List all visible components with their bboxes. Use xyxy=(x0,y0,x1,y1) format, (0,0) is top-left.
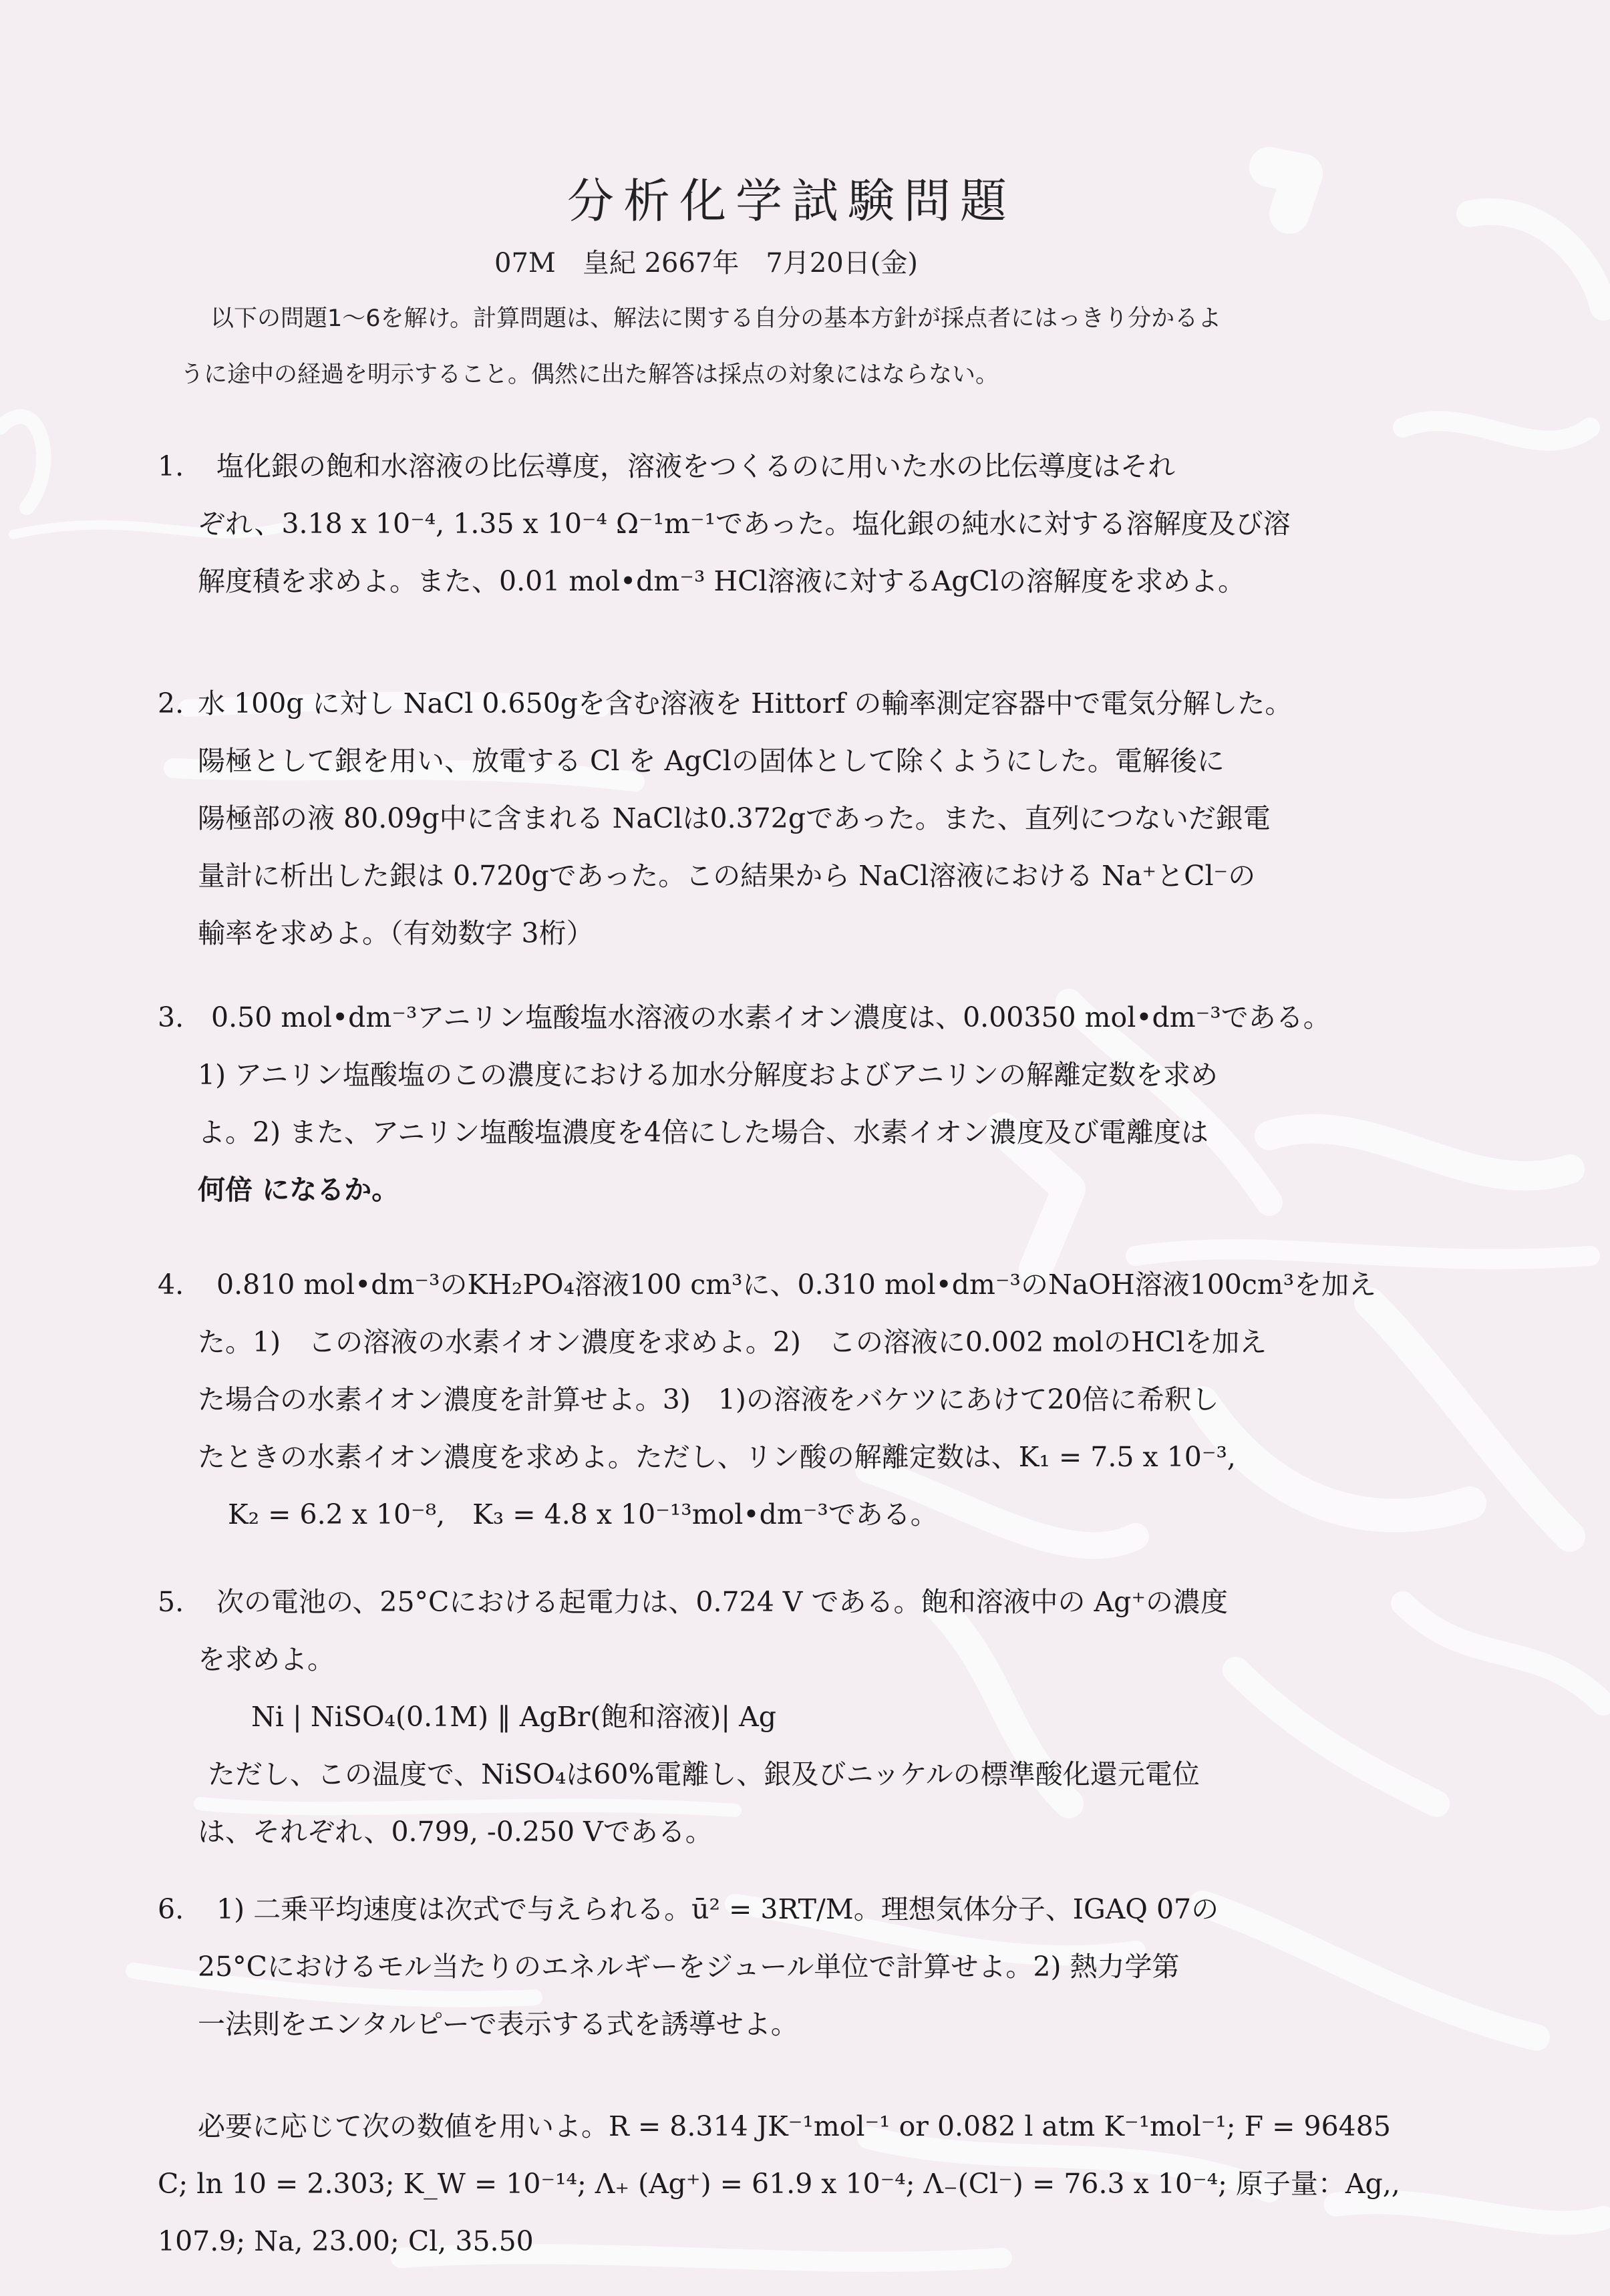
exam-page: 分析化学試験問題 07M 皇紀 2667年 7月20日(金) 以下の問題1～6を… xyxy=(0,0,1610,2296)
question-line: 一法則をエンタルピーで表示する式を誘導せよ。 xyxy=(158,1995,1454,2053)
question-line: を求めよ。 xyxy=(158,1631,1454,1688)
question-line: 0.810 mol•dm⁻³のKH₂PO₄溶液100 cm³に、0.310 mo… xyxy=(158,1256,1454,1313)
question-line: 次の電池の、25°Cにおける起電力は、0.724 V である。飽和溶液中の Ag… xyxy=(158,1573,1454,1631)
question-line: た場合の水素イオン濃度を計算せよ。3) 1)の溶液をバケツにあけて20倍に希釈し xyxy=(158,1371,1454,1428)
question-line: 輸率を求めよ。（有効数字 3桁） xyxy=(158,905,1454,962)
question-line: 陽極として銀を用い、放電する Cl を AgClの固体として除くようにした。電解… xyxy=(158,732,1454,790)
question-number: 3. xyxy=(158,989,184,1046)
question-line: 解度積を求めよ。また、0.01 mol•dm⁻³ HCl溶液に対するAgClの溶… xyxy=(158,552,1454,610)
question-1: 1. 塩化銀の飽和水溶液の比伝導度，溶液をつくるのに用いた水の比伝導度はそれ ぞ… xyxy=(158,438,1454,610)
question-6: 6. 1) 二乗平均速度は次式で与えられる。ū² = 3RT/M。理想気体分子、… xyxy=(158,1880,1454,2053)
question-line: 水 100g に対し NaCl 0.650gを含む溶液を Hittorf の輸率… xyxy=(158,675,1454,732)
question-number: 1. xyxy=(158,438,184,495)
constants-block: 必要に応じて次の数値を用いよ。R = 8.314 JK⁻¹mol⁻¹ or 0.… xyxy=(158,2098,1467,2270)
page-title: 分析化学試験問題 xyxy=(0,164,1610,231)
question-line: K₂ = 6.2 x 10⁻⁸, K₃ = 4.8 x 10⁻¹³mol•dm⁻… xyxy=(158,1486,1454,1543)
constants-line: 必要に応じて次の数値を用いよ。R = 8.314 JK⁻¹mol⁻¹ or 0.… xyxy=(158,2098,1467,2155)
question-number: 2. xyxy=(158,675,184,732)
question-line: ただし、この温度で、NiSO₄は60%電離し、銀及びニッケルの標準酸化還元電位 xyxy=(158,1746,1454,1803)
question-5: 5. 次の電池の、25°Cにおける起電力は、0.724 V である。飽和溶液中の… xyxy=(158,1573,1454,1860)
question-line: 塩化銀の飽和水溶液の比伝導度，溶液をつくるのに用いた水の比伝導度はそれ xyxy=(158,438,1454,495)
question-line: 量計に析出した銀は 0.720gであった。この結果から NaCl溶液における N… xyxy=(158,847,1454,905)
question-4: 4. 0.810 mol•dm⁻³のKH₂PO₄溶液100 cm³に、0.310… xyxy=(158,1256,1454,1543)
cell-notation: Ni | NiSO₄(0.1M) ‖ AgBr(飽和溶液)| Ag xyxy=(158,1688,1454,1746)
constants-line: 107.9; Na, 23.00; Cl, 35.50 xyxy=(158,2212,1467,2270)
question-line: 1) アニリン塩酸塩のこの濃度における加水分解度およびアニリンの解離定数を求め xyxy=(158,1046,1454,1104)
question-3: 3. 0.50 mol•dm⁻³アニリン塩酸塩水溶液の水素イオン濃度は、0.00… xyxy=(158,989,1454,1218)
question-line-emphasis: 何倍 になるか。 xyxy=(158,1161,1454,1218)
question-number: 5. xyxy=(158,1573,184,1631)
question-2: 2. 水 100g に対し NaCl 0.650gを含む溶液を Hittorf … xyxy=(158,675,1454,962)
question-line: 0.50 mol•dm⁻³アニリン塩酸塩水溶液の水素イオン濃度は、0.00350… xyxy=(158,989,1454,1046)
question-number: 6. xyxy=(158,1880,184,1938)
question-line: 25°Cにおけるモル当たりのエネルギーをジュール単位で計算せよ。2) 熱力学第 xyxy=(158,1938,1454,1995)
question-number: 4. xyxy=(158,1256,184,1313)
question-line: 陽極部の液 80.09g中に含まれる NaClは0.372gであった。また、直列… xyxy=(158,790,1454,847)
question-line: よ。2) また、アニリン塩酸塩濃度を4倍にした場合、水素イオン濃度及び電離度は xyxy=(158,1104,1454,1161)
question-line: は、それぞれ、0.799, -0.250 Vである。 xyxy=(158,1803,1454,1860)
question-line: たときの水素イオン濃度を求めよ。ただし、リン酸の解離定数は、K₁ = 7.5 x… xyxy=(158,1428,1454,1486)
question-line: た。1) この溶液の水素イオン濃度を求めよ。2) この溶液に0.002 molの… xyxy=(158,1313,1454,1371)
instructions: 以下の問題1～6を解け。計算問題は、解法に関する自分の基本方針が採点者にはっきり… xyxy=(180,291,1450,403)
question-line: ぞれ、3.18 x 10⁻⁴, 1.35 x 10⁻⁴ Ω⁻¹m⁻¹であった。塩… xyxy=(158,495,1454,552)
exam-date-line: 07M 皇紀 2667年 7月20日(金) xyxy=(494,242,918,280)
question-line: 1) 二乗平均速度は次式で与えられる。ū² = 3RT/M。理想気体分子、IGA… xyxy=(158,1880,1454,1938)
instructions-line-2: うに途中の経過を明示すること。偶然に出た解答は採点の対象にはならない。 xyxy=(180,361,999,388)
instructions-line-1: 以下の問題1～6を解け。計算問題は、解法に関する自分の基本方針が採点者にはっきり… xyxy=(180,291,1450,347)
constants-line: C; ln 10 = 2.303; K_W = 10⁻¹⁴; Λ₊ (Ag⁺) … xyxy=(158,2155,1467,2212)
title-text: 分析化学試験問題 xyxy=(567,164,1016,231)
